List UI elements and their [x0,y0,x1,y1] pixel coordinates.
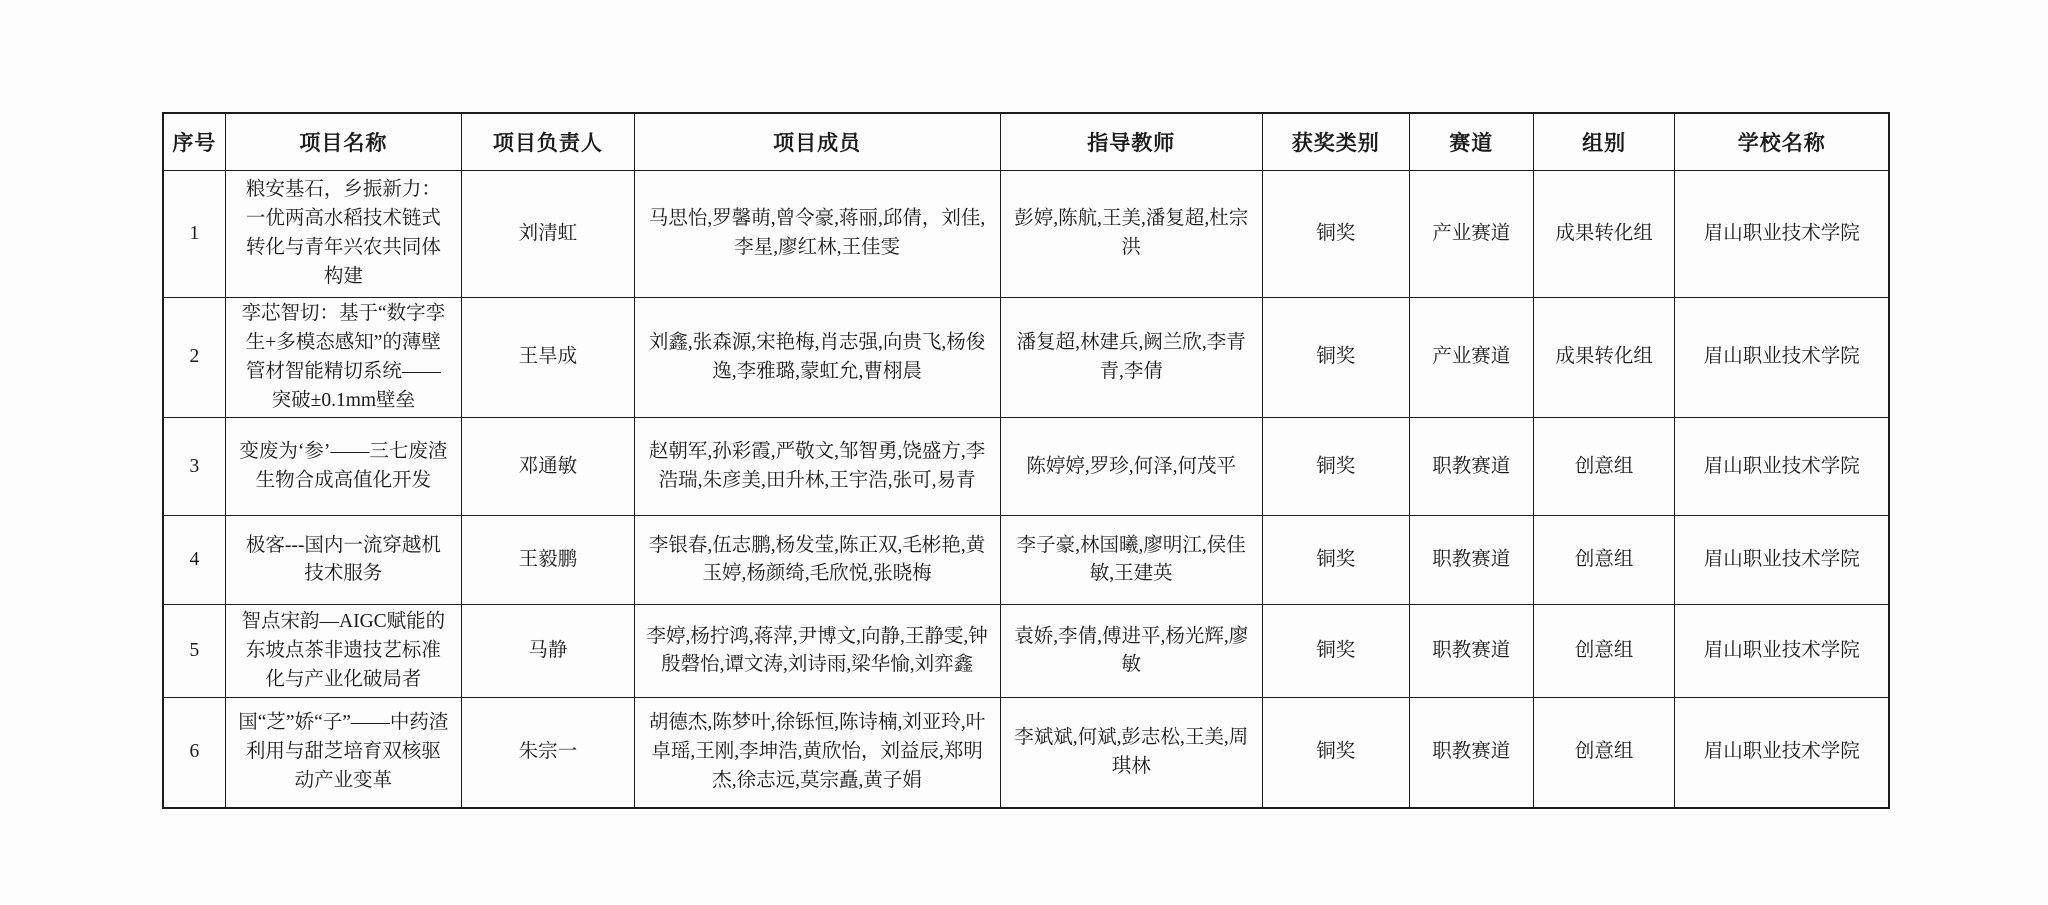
cell-award-category: 铜奖 [1262,605,1409,698]
cell-project-members: 马思怡,罗馨萌,曾令豪,蒋丽,邱倩，刘佳,李星,廖红林,王佳雯 [634,171,1000,298]
cell-advisors: 陈婷婷,罗珍,何泽,何茂平 [1000,418,1262,516]
cell-project-members: 赵朝军,孙彩霞,严敬文,邹智勇,饶盛方,李浩瑞,朱彦美,田升林,王宇浩,张可,易… [634,418,1000,516]
cell-advisors: 李子豪,林国曦,廖明江,侯佳敏,王建英 [1000,516,1262,605]
cell-project-name: 国“芝”娇“子”——中药渣利用与甜芝培育双核驱动产业变革 [225,698,461,808]
table-row: 2 孪芯智切：基于“数字孪生+多模态感知”的薄壁管材智能精切系统——突破±0.1… [163,298,1889,418]
cell-project-leader: 朱宗一 [462,698,635,808]
cell-group: 成果转化组 [1533,171,1675,298]
cell-advisors: 彭婷,陈航,王美,潘复超,杜宗洪 [1000,171,1262,298]
col-header-project-name: 项目名称 [225,113,461,171]
cell-school-name: 眉山职业技术学院 [1675,698,1889,808]
cell-track: 职教赛道 [1409,605,1533,698]
cell-track: 职教赛道 [1409,698,1533,808]
cell-award-category: 铜奖 [1262,698,1409,808]
header-row: 序号 项目名称 项目负责人 项目成员 指导教师 获奖类别 赛道 组别 学校名称 [163,113,1889,171]
cell-project-name: 智点宋韵—AIGC赋能的东坡点茶非遗技艺标准化与产业化破局者 [225,605,461,698]
cell-project-leader: 王旱成 [462,298,635,418]
cell-award-category: 铜奖 [1262,418,1409,516]
col-header-group: 组别 [1533,113,1675,171]
col-header-advisors: 指导教师 [1000,113,1262,171]
cell-award-category: 铜奖 [1262,516,1409,605]
col-header-award-category: 获奖类别 [1262,113,1409,171]
cell-project-name: 极客---国内一流穿越机技术服务 [225,516,461,605]
table-row: 1 粮安基石，乡振新力：一优两高水稻技术链式转化与青年兴农共同体构建 刘清虹 马… [163,171,1889,298]
cell-award-category: 铜奖 [1262,298,1409,418]
cell-advisors: 李斌斌,何斌,彭志松,王美,周琪林 [1000,698,1262,808]
cell-school-name: 眉山职业技术学院 [1675,418,1889,516]
col-header-project-members: 项目成员 [634,113,1000,171]
cell-project-members: 李婷,杨拧鸿,蒋萍,尹博文,向静,王静雯,钟殷磬怡,谭文涛,刘诗雨,梁华愉,刘弈… [634,605,1000,698]
document-page: 序号 项目名称 项目负责人 项目成员 指导教师 获奖类别 赛道 组别 学校名称 … [0,0,2048,905]
cell-project-leader: 刘清虹 [462,171,635,298]
cell-award-category: 铜奖 [1262,171,1409,298]
cell-group: 创意组 [1533,605,1675,698]
cell-school-name: 眉山职业技术学院 [1675,171,1889,298]
cell-project-members: 刘鑫,张森源,宋艳梅,肖志强,向贵飞,杨俊逸,李雅璐,蒙虹允,曹栩晨 [634,298,1000,418]
col-header-track: 赛道 [1409,113,1533,171]
table-row: 3 变废为‘参’——三七废渣生物合成高值化开发 邓通敏 赵朝军,孙彩霞,严敬文,… [163,418,1889,516]
cell-school-name: 眉山职业技术学院 [1675,298,1889,418]
cell-serial-number: 6 [163,698,225,808]
cell-group: 创意组 [1533,698,1675,808]
cell-serial-number: 1 [163,171,225,298]
cell-project-members: 李银春,伍志鹏,杨发莹,陈正双,毛彬艳,黄玉婷,杨颜绮,毛欣悦,张晓梅 [634,516,1000,605]
table-header: 序号 项目名称 项目负责人 项目成员 指导教师 获奖类别 赛道 组别 学校名称 [163,113,1889,171]
cell-project-leader: 邓通敏 [462,418,635,516]
cell-advisors: 袁娇,李倩,傅进平,杨光辉,廖敏 [1000,605,1262,698]
cell-track: 职教赛道 [1409,516,1533,605]
col-header-school-name: 学校名称 [1675,113,1889,171]
cell-track: 产业赛道 [1409,171,1533,298]
cell-project-members: 胡德杰,陈梦叶,徐铄恒,陈诗楠,刘亚玲,叶卓瑶,王刚,李坤浩,黄欣怡，刘益辰,郑… [634,698,1000,808]
cell-project-name: 孪芯智切：基于“数字孪生+多模态感知”的薄壁管材智能精切系统——突破±0.1mm… [225,298,461,418]
cell-serial-number: 2 [163,298,225,418]
cell-project-name: 变废为‘参’——三七废渣生物合成高值化开发 [225,418,461,516]
cell-project-leader: 马静 [462,605,635,698]
table-body: 1 粮安基石，乡振新力：一优两高水稻技术链式转化与青年兴农共同体构建 刘清虹 马… [163,171,1889,808]
award-results-table: 序号 项目名称 项目负责人 项目成员 指导教师 获奖类别 赛道 组别 学校名称 … [162,112,1890,809]
cell-advisors: 潘复超,林建兵,阙兰欣,李青青,李倩 [1000,298,1262,418]
cell-track: 产业赛道 [1409,298,1533,418]
col-header-serial-number: 序号 [163,113,225,171]
cell-school-name: 眉山职业技术学院 [1675,605,1889,698]
table-row: 4 极客---国内一流穿越机技术服务 王毅鹏 李银春,伍志鹏,杨发莹,陈正双,毛… [163,516,1889,605]
cell-project-leader: 王毅鹏 [462,516,635,605]
col-header-project-leader: 项目负责人 [462,113,635,171]
cell-serial-number: 4 [163,516,225,605]
cell-school-name: 眉山职业技术学院 [1675,516,1889,605]
table-row: 5 智点宋韵—AIGC赋能的东坡点茶非遗技艺标准化与产业化破局者 马静 李婷,杨… [163,605,1889,698]
cell-group: 创意组 [1533,516,1675,605]
cell-project-name: 粮安基石，乡振新力：一优两高水稻技术链式转化与青年兴农共同体构建 [225,171,461,298]
cell-track: 职教赛道 [1409,418,1533,516]
cell-serial-number: 5 [163,605,225,698]
table-row: 6 国“芝”娇“子”——中药渣利用与甜芝培育双核驱动产业变革 朱宗一 胡德杰,陈… [163,698,1889,808]
cell-group: 创意组 [1533,418,1675,516]
cell-serial-number: 3 [163,418,225,516]
cell-group: 成果转化组 [1533,298,1675,418]
